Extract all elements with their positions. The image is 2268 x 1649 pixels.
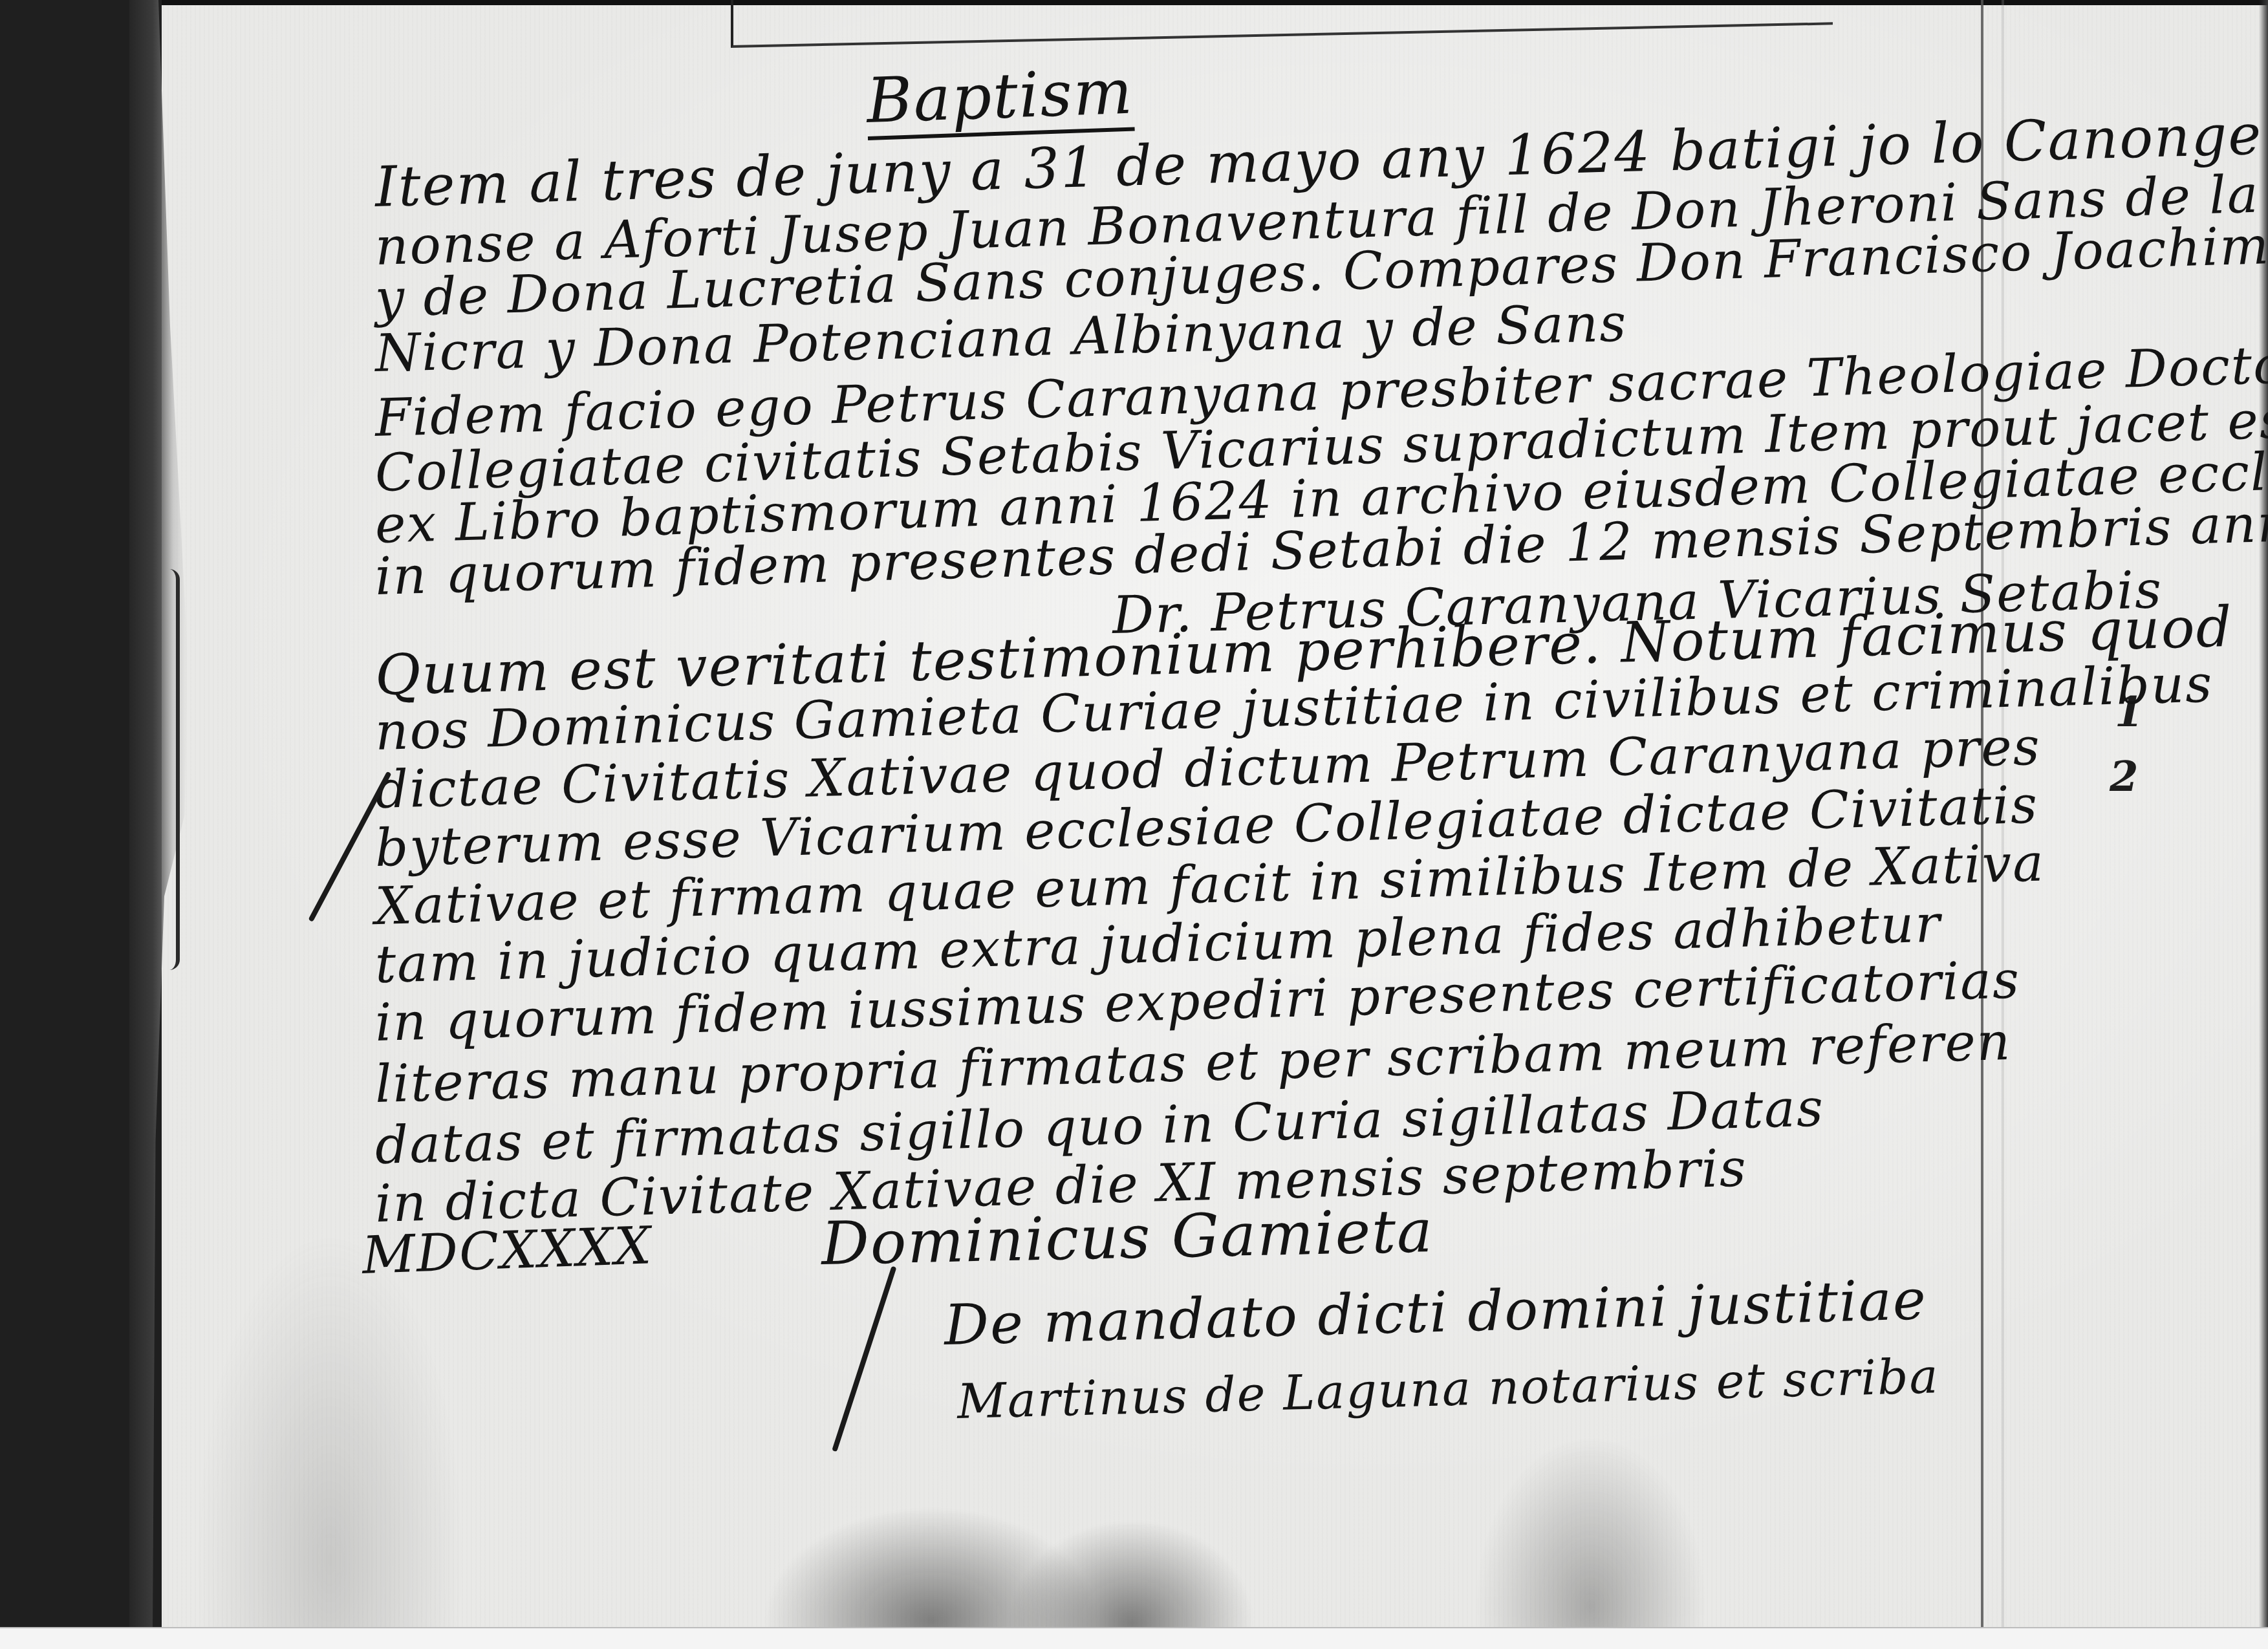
heading-baptism: Baptism [865, 56, 1134, 137]
scan-bottom-edge [0, 1627, 2268, 1649]
justice-signature: Dominicus Gamieta [821, 1196, 1434, 1278]
margin-numeral: 2 [2110, 757, 2139, 798]
scanned-page: 1 2 Baptism Item al tres de juny a 31 de… [0, 0, 2268, 1649]
binding-thread [169, 569, 180, 970]
water-stain [1474, 1436, 1707, 1649]
water-stain [194, 1229, 466, 1643]
